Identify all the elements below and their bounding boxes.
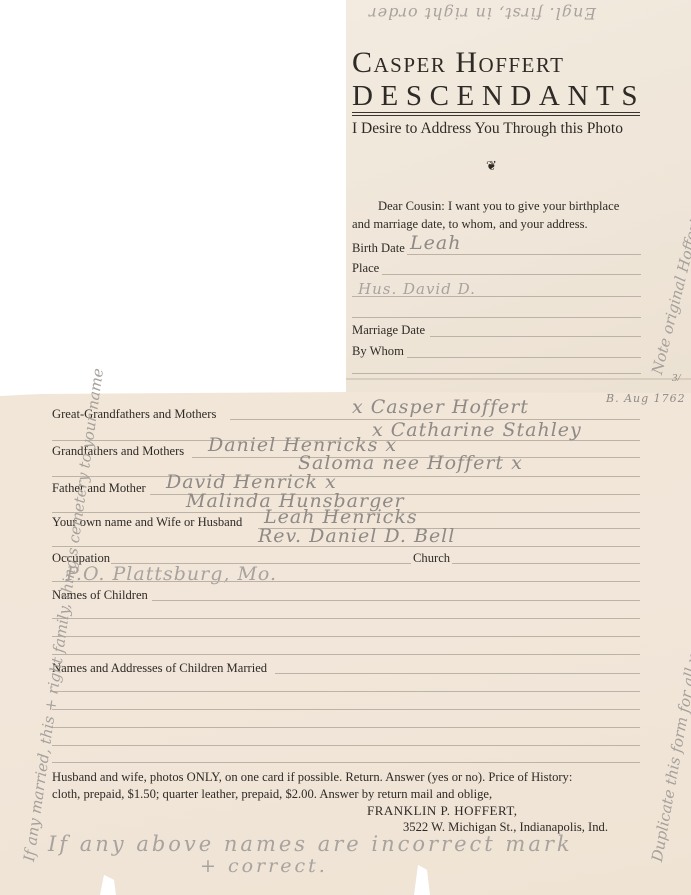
ornament-icon: ❦ bbox=[486, 158, 497, 174]
marriage-date-label: Marriage Date bbox=[352, 323, 425, 338]
married-children-line-3[interactable] bbox=[52, 709, 640, 710]
intro-paragraph: Dear Cousin: I want you to give your bir… bbox=[352, 197, 642, 233]
married-children-line-2[interactable] bbox=[52, 691, 640, 692]
corner-number: 3/ bbox=[672, 372, 681, 384]
birth-date-label: Birth Date bbox=[352, 241, 405, 256]
fold-line bbox=[346, 378, 691, 380]
title-descendants: DESCENDANTS bbox=[352, 80, 652, 113]
birth-date-line[interactable] bbox=[407, 254, 641, 255]
great-grandparents-birth-note: B. Aug 1762 bbox=[606, 392, 686, 405]
children-line-3[interactable] bbox=[52, 636, 640, 637]
bottom-handwritten-note-1: If any above names are incorrect mark bbox=[48, 832, 573, 856]
children-line-4[interactable] bbox=[52, 654, 640, 655]
handwritten-note-upside-down: Engl. first, in right order bbox=[368, 4, 596, 23]
great-grandparents-value-1: x Casper Hoffert bbox=[352, 396, 529, 418]
place-line[interactable] bbox=[382, 274, 641, 275]
own-name-value-2: Rev. Daniel D. Bell bbox=[258, 525, 455, 547]
intro-line-1: Dear Cousin: I want you to give your bir… bbox=[352, 197, 642, 215]
blank-line[interactable] bbox=[352, 317, 641, 318]
church-label: Church bbox=[413, 551, 450, 566]
footer-line-1: Husband and wife, photos ONLY, on one ca… bbox=[52, 769, 662, 786]
footer-line-2: cloth, prepaid, $1.50; quarter leather, … bbox=[52, 786, 662, 803]
birth-date-value: Leah bbox=[410, 232, 461, 254]
title-casper-hoffert: Casper Hoffert bbox=[352, 46, 642, 80]
married-children-line-6[interactable] bbox=[52, 762, 640, 763]
children-line[interactable] bbox=[152, 600, 640, 601]
by-whom-line[interactable] bbox=[407, 357, 641, 358]
footer-instructions: Husband and wife, photos ONLY, on one ca… bbox=[52, 769, 662, 803]
occupation-line-2[interactable] bbox=[52, 581, 640, 582]
grandparents-label: Grandfathers and Mothers bbox=[52, 444, 184, 459]
parents-label: Father and Mother bbox=[52, 481, 146, 496]
church-line[interactable] bbox=[452, 563, 640, 564]
by-whom-line-2[interactable] bbox=[352, 373, 641, 374]
married-children-line-5[interactable] bbox=[52, 745, 640, 746]
married-children-label: Names and Addresses of Children Married bbox=[52, 661, 267, 676]
great-grandparents-label: Great-Grandfathers and Mothers bbox=[52, 407, 216, 422]
great-grandparents-value-2: x Catharine Stahley bbox=[372, 419, 582, 441]
place-label: Place bbox=[352, 261, 379, 276]
married-children-line-4[interactable] bbox=[52, 727, 640, 728]
title-rule bbox=[352, 112, 640, 113]
intro-line-2: and marriage date, to whom, and your add… bbox=[352, 215, 642, 233]
children-line-2[interactable] bbox=[52, 618, 640, 619]
title-rule-double bbox=[352, 115, 640, 116]
place-line-2[interactable] bbox=[352, 296, 641, 297]
marriage-date-line[interactable] bbox=[430, 336, 641, 337]
grandparents-line-2[interactable] bbox=[52, 476, 640, 477]
married-children-line[interactable] bbox=[275, 673, 640, 674]
bottom-handwritten-note-2: + correct. bbox=[200, 855, 328, 877]
by-whom-label: By Whom bbox=[352, 344, 404, 359]
signature-name: FRANKLIN P. HOFFERT, bbox=[367, 803, 518, 819]
subtitle: I Desire to Address You Through this Pho… bbox=[352, 120, 623, 138]
